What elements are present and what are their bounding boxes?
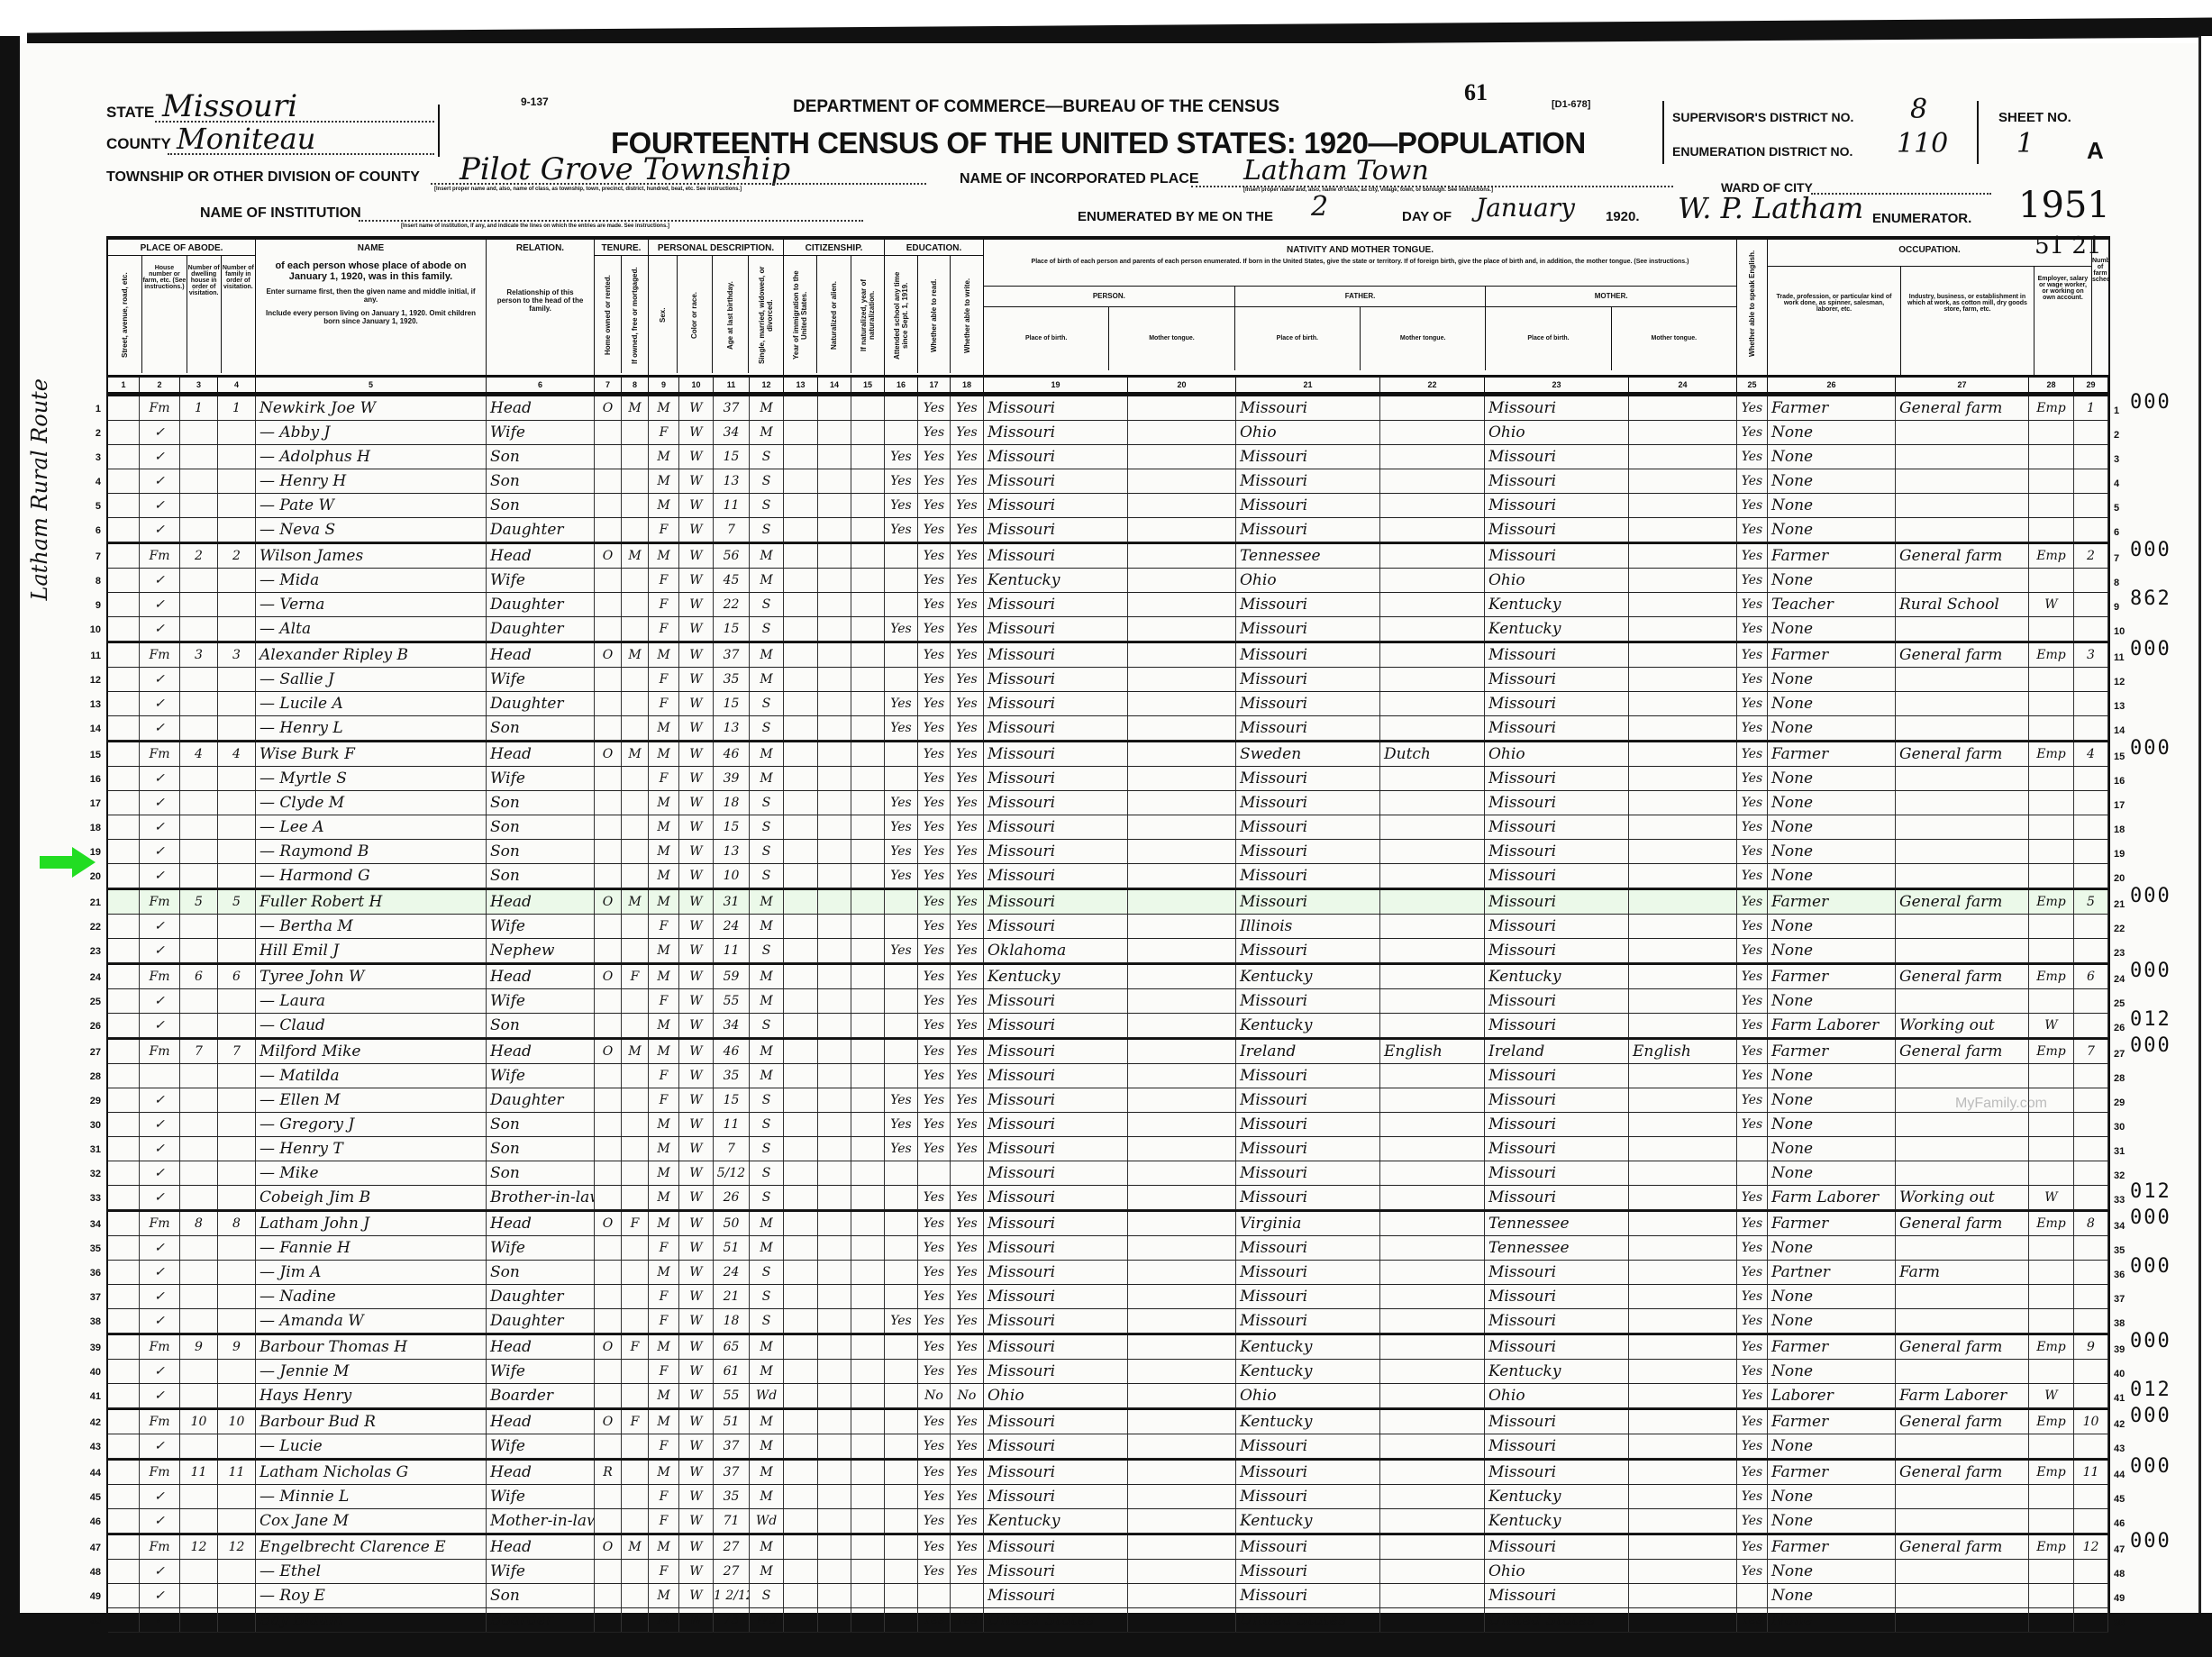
line-number-left: 43 — [83, 1442, 101, 1452]
cell-english: Yes — [1737, 1560, 1768, 1583]
table-row: Fm11Newkirk Joe WHeadOMMW37MYesYesMissou… — [108, 395, 2108, 421]
cell-mother-tongue — [1629, 767, 1737, 790]
cell-mother-birth: Missouri — [1485, 989, 1629, 1013]
cell-english: Yes — [1737, 742, 1768, 766]
cell-age: 15 — [714, 815, 750, 839]
line-number-right: 20 — [2114, 873, 2125, 884]
cell-natyr — [851, 1137, 885, 1161]
cell-farm-no: 1 — [2074, 396, 2108, 420]
cell-write: Yes — [951, 1509, 984, 1533]
district-bracket-left — [1662, 101, 1668, 164]
cell-farm-no — [2074, 1088, 2108, 1112]
cell-name: — Adolphus H — [256, 445, 487, 469]
cell-write: Yes — [951, 643, 984, 667]
cell-sex: F — [649, 915, 679, 938]
cell-natyr — [851, 1161, 885, 1185]
cell-mother-tongue — [1629, 1461, 1737, 1484]
cell-age: 22 — [714, 593, 750, 616]
line-number-right: 13 — [2114, 701, 2125, 712]
cell-mother-birth: Missouri — [1485, 1309, 1629, 1333]
cell-street — [108, 742, 140, 766]
cell-write: Yes — [951, 1261, 984, 1284]
cell-nat — [818, 445, 851, 469]
cell-birth: Missouri — [984, 1040, 1128, 1063]
cell-english: Yes — [1737, 890, 1768, 914]
coding-annotation: 000 — [2130, 1206, 2171, 1229]
cell-father-birth: Missouri — [1236, 445, 1380, 469]
cell-name: Cox Jane M — [256, 1509, 487, 1533]
cell-mother-tongue — [1629, 1384, 1737, 1407]
cell-mother-birth: Ohio — [1485, 1384, 1629, 1407]
cell-owned — [595, 939, 622, 962]
cell-street — [108, 1088, 140, 1112]
cell-color: W — [679, 445, 714, 469]
cell-mother-tongue — [1629, 742, 1737, 766]
cell-write: Yes — [951, 864, 984, 888]
cell-write: Yes — [951, 518, 984, 542]
table-row: ✓— ClaudSonMW34SYesYesMissouriKentuckyMi… — [108, 1014, 2108, 1038]
cell-trade: None — [1768, 1137, 1896, 1161]
cell-employer — [2029, 494, 2074, 517]
cell-trade: None — [1768, 1509, 1896, 1533]
cell-relation: Head — [487, 742, 595, 766]
cell-relation: Head — [487, 890, 595, 914]
cell-industry: Working out — [1896, 1014, 2029, 1037]
cell-father-tongue — [1380, 767, 1485, 790]
cell-dwelling: 3 — [180, 643, 218, 667]
cell-family — [218, 864, 256, 888]
cell-father-tongue — [1380, 544, 1485, 568]
cell-father-birth: Missouri — [1236, 1186, 1380, 1209]
cell-mortgage — [622, 1608, 649, 1632]
cell-school: Yes — [885, 791, 918, 815]
cell-mortgage — [622, 815, 649, 839]
cell-write: Yes — [951, 445, 984, 469]
cell-imm — [784, 1360, 818, 1383]
cell-employer — [2029, 1261, 2074, 1284]
column-number: 25 — [1737, 378, 1768, 392]
cell-father-tongue — [1380, 1088, 1485, 1112]
cell-school: Yes — [885, 469, 918, 493]
cell-family — [218, 1485, 256, 1508]
cell-read — [918, 1161, 951, 1185]
cell-owned — [595, 692, 622, 715]
cell-read: Yes — [918, 1212, 951, 1235]
cell-marital: S — [750, 1161, 784, 1185]
cell-color: W — [679, 1212, 714, 1235]
cell-relation: Wife — [487, 668, 595, 691]
cell-age: 31 — [714, 890, 750, 914]
state-county-bracket — [434, 105, 440, 157]
table-row: ✓— MikeSonMW5/12SMissouriMissouriMissour… — [108, 1161, 2108, 1186]
cell-age: 46 — [714, 742, 750, 766]
line-number-left: 44 — [83, 1468, 101, 1479]
cell-father-birth: Ohio — [1236, 569, 1380, 592]
cell-age: 1 2/12 — [714, 1584, 750, 1607]
cell-industry — [1896, 692, 2029, 715]
cell-father-tongue — [1380, 668, 1485, 691]
cell-english: Yes — [1737, 915, 1768, 938]
cell-owned: O — [595, 396, 622, 420]
cell-natyr — [851, 840, 885, 863]
cell-farm-no — [2074, 1014, 2108, 1037]
institution-label: NAME OF INSTITUTION — [200, 205, 361, 222]
cell-family: 1 — [218, 396, 256, 420]
table-row: ✓— Amanda WDaughterFW18SYesYesYesMissour… — [108, 1309, 2108, 1334]
cell-english: Yes — [1737, 1113, 1768, 1136]
column-number: 19 — [984, 378, 1128, 392]
scan-frame-right — [2198, 36, 2212, 1622]
cell-read: Yes — [918, 1608, 951, 1632]
cell-age: 24 — [714, 915, 750, 938]
cell-family — [218, 1360, 256, 1383]
cell-dwelling — [180, 989, 218, 1013]
cell-family — [218, 815, 256, 839]
cell-birth: Missouri — [984, 890, 1128, 914]
cell-imm — [784, 742, 818, 766]
cell-mortgage — [622, 469, 649, 493]
cell-relation: Son — [487, 1261, 595, 1284]
cell-tongue — [1128, 939, 1236, 962]
cell-birth: Missouri — [984, 1113, 1128, 1136]
cell-birth: Kentucky — [984, 569, 1128, 592]
line-number-left: 29 — [83, 1096, 101, 1106]
table-header: PLACE OF ABODE. Street, avenue, road, et… — [108, 240, 2108, 378]
cell-natyr — [851, 544, 885, 568]
cell-father-tongue — [1380, 840, 1485, 863]
year: 1920. — [1606, 209, 1640, 224]
cell-mother-tongue — [1629, 815, 1737, 839]
cell-sex: M — [649, 864, 679, 888]
cell-farm-no — [2074, 518, 2108, 542]
cell-relation: Son — [487, 716, 595, 740]
cell-father-birth: Missouri — [1236, 1088, 1380, 1112]
cell-sex: M — [649, 1608, 679, 1632]
cell-house: ✓ — [140, 1608, 180, 1632]
cell-school: Yes — [885, 716, 918, 740]
cell-mortgage: M — [622, 742, 649, 766]
cell-natyr — [851, 1285, 885, 1308]
cell-birth: Missouri — [984, 1014, 1128, 1037]
cell-school — [885, 396, 918, 420]
cell-school — [885, 1384, 918, 1407]
column-number: 3 — [180, 378, 218, 392]
cell-relation: Wife — [487, 569, 595, 592]
cell-father-birth: Missouri — [1236, 1261, 1380, 1284]
cell-street — [108, 617, 140, 641]
line-number-right: 16 — [2114, 776, 2125, 787]
cell-house: ✓ — [140, 1434, 180, 1458]
cell-father-birth: Missouri — [1236, 989, 1380, 1013]
line-number-right: 4 — [2114, 478, 2119, 489]
cell-dwelling — [180, 1509, 218, 1533]
cell-dwelling: 10 — [180, 1410, 218, 1434]
cell-industry — [1896, 1088, 2029, 1112]
cell-color: W — [679, 469, 714, 493]
cell-write: Yes — [951, 791, 984, 815]
cell-father-birth: Tennessee — [1236, 544, 1380, 568]
cell-school — [885, 742, 918, 766]
cell-house: ✓ — [140, 445, 180, 469]
cell-color: W — [679, 518, 714, 542]
cell-father-tongue — [1380, 1584, 1485, 1607]
cell-mother-birth: Ohio — [1485, 569, 1629, 592]
cell-employer — [2029, 939, 2074, 962]
cell-owned — [595, 494, 622, 517]
cell-color: W — [679, 1560, 714, 1583]
cell-tongue — [1128, 1137, 1236, 1161]
cell-color: W — [679, 1584, 714, 1607]
cell-english: Yes — [1737, 445, 1768, 469]
line-number-left: 19 — [83, 847, 101, 858]
cell-father-tongue — [1380, 864, 1485, 888]
cell-marital: M — [750, 767, 784, 790]
cell-color: W — [679, 1040, 714, 1063]
line-number-left: 35 — [83, 1243, 101, 1254]
cell-owned — [595, 915, 622, 938]
cell-father-birth: Missouri — [1236, 668, 1380, 691]
cell-relation: Wife — [487, 989, 595, 1013]
cell-house: ✓ — [140, 1014, 180, 1037]
enumerated-month: January — [1476, 193, 1575, 223]
cell-relation: Wife — [487, 1560, 595, 1583]
cell-read: Yes — [918, 1410, 951, 1434]
cell-name: — Raymond B — [256, 840, 487, 863]
cell-marital: M — [750, 742, 784, 766]
cell-dwelling — [180, 1434, 218, 1458]
cell-english: Yes — [1737, 864, 1768, 888]
cell-school — [885, 1212, 918, 1235]
cell-marital: S — [750, 593, 784, 616]
cell-owned: O — [595, 1040, 622, 1063]
cell-nat — [818, 1535, 851, 1559]
cell-write: Yes — [951, 617, 984, 641]
cell-employer — [2029, 421, 2074, 444]
line-number-left: 38 — [83, 1316, 101, 1327]
cell-relation: Daughter — [487, 518, 595, 542]
line-number-left: 23 — [83, 946, 101, 957]
cell-natyr — [851, 494, 885, 517]
cell-tongue — [1128, 815, 1236, 839]
cell-color: W — [679, 791, 714, 815]
cell-house: ✓ — [140, 767, 180, 790]
cell-nat — [818, 742, 851, 766]
table-row: ✓— Minnie LWifeFW35MYesYesMissouriMissou… — [108, 1485, 2108, 1509]
cell-english: Yes — [1737, 421, 1768, 444]
cell-family — [218, 1014, 256, 1037]
cell-mother-tongue — [1629, 469, 1737, 493]
column-number: 7 — [595, 378, 622, 392]
cell-marital: S — [750, 1137, 784, 1161]
cell-street — [108, 569, 140, 592]
cell-father-birth: Ohio — [1236, 421, 1380, 444]
cell-dwelling — [180, 864, 218, 888]
cell-english: Yes — [1737, 815, 1768, 839]
cell-color: W — [679, 1461, 714, 1484]
cell-house: Fm — [140, 1410, 180, 1434]
cell-dwelling: 2 — [180, 544, 218, 568]
cell-english: Yes — [1737, 1064, 1768, 1088]
cell-employer — [2029, 1434, 2074, 1458]
cell-age: 51 — [714, 1236, 750, 1260]
cell-industry — [1896, 939, 2029, 962]
cell-relation: Head — [487, 1335, 595, 1359]
cell-color: W — [679, 1088, 714, 1112]
cell-tongue — [1128, 1212, 1236, 1235]
column-number: 13 — [784, 378, 818, 392]
cell-house: ✓ — [140, 1360, 180, 1383]
cell-mother-birth: Tennessee — [1485, 1212, 1629, 1235]
cell-house: ✓ — [140, 1161, 180, 1185]
cell-trade: None — [1768, 915, 1896, 938]
cell-imm — [784, 840, 818, 863]
cell-father-tongue — [1380, 469, 1485, 493]
cell-write: Yes — [951, 1360, 984, 1383]
cell-family — [218, 1608, 256, 1632]
col-speak-english: Whether able to speak English. — [1737, 240, 1768, 375]
form-code: [D1-678] — [1552, 99, 1590, 110]
cell-mother-tongue — [1629, 421, 1737, 444]
cell-color: W — [679, 1261, 714, 1284]
cell-birth: Missouri — [984, 1560, 1128, 1583]
cell-relation: Head — [487, 1212, 595, 1235]
cell-trade: Farmer — [1768, 965, 1896, 988]
cell-industry: Farm Laborer — [1896, 1384, 2029, 1407]
cell-marital: S — [750, 840, 784, 863]
cell-name: — Abby J — [256, 421, 487, 444]
cell-natyr — [851, 1608, 885, 1632]
cell-mother-tongue — [1629, 1509, 1737, 1533]
cell-mother-birth: Missouri — [1485, 767, 1629, 790]
cell-owned — [595, 1014, 622, 1037]
cell-trade: Farmer — [1768, 1410, 1896, 1434]
cell-natyr — [851, 1560, 885, 1583]
cell-street — [108, 840, 140, 863]
cell-school — [885, 1186, 918, 1209]
cell-tongue — [1128, 518, 1236, 542]
cell-father-tongue — [1380, 617, 1485, 641]
cell-natyr — [851, 469, 885, 493]
cell-english: Yes — [1737, 668, 1768, 691]
cell-mortgage — [622, 1014, 649, 1037]
cell-nat — [818, 1485, 851, 1508]
cell-relation: Son — [487, 791, 595, 815]
cell-relation: Son — [487, 1137, 595, 1161]
cell-write: Yes — [951, 1410, 984, 1434]
cell-birth: Oklahoma — [984, 939, 1128, 962]
cell-name: — Henry T — [256, 1137, 487, 1161]
cell-farm-no — [2074, 692, 2108, 715]
cell-mother-birth: Ohio — [1485, 742, 1629, 766]
cell-employer: Emp — [2029, 1212, 2074, 1235]
cell-imm — [784, 494, 818, 517]
cell-father-birth: Missouri — [1236, 1137, 1380, 1161]
cell-name: Milford Mike — [256, 1040, 487, 1063]
cell-farm-no — [2074, 915, 2108, 938]
district-bracket-right — [1973, 101, 1979, 164]
cell-school — [885, 1261, 918, 1284]
cell-father-birth: Missouri — [1236, 767, 1380, 790]
cell-imm — [784, 1434, 818, 1458]
cell-mother-birth: Ohio — [1485, 1560, 1629, 1583]
cell-birth: Missouri — [984, 864, 1128, 888]
cell-age: 13 — [714, 469, 750, 493]
cell-color: W — [679, 1485, 714, 1508]
cell-tongue — [1128, 668, 1236, 691]
cell-tongue — [1128, 1434, 1236, 1458]
line-number-left: 3 — [83, 452, 101, 463]
cell-tongue — [1128, 1064, 1236, 1088]
cell-house: ✓ — [140, 1261, 180, 1284]
table-row: Fm1111Latham Nicholas GHeadRMW37MYesYesM… — [108, 1459, 2108, 1485]
cell-nat — [818, 1360, 851, 1383]
cell-nat — [818, 668, 851, 691]
cell-mortgage — [622, 1113, 649, 1136]
cell-trade: None — [1768, 1113, 1896, 1136]
coding-annotation: 012 — [2130, 1180, 2171, 1203]
cell-sex: M — [649, 1261, 679, 1284]
cell-nat — [818, 617, 851, 641]
cell-mother-tongue — [1629, 915, 1737, 938]
cell-mortgage — [622, 915, 649, 938]
cell-tongue — [1128, 643, 1236, 667]
cell-mortgage: F — [622, 1212, 649, 1235]
cell-marital: S — [750, 494, 784, 517]
cell-write: Yes — [951, 1014, 984, 1037]
table-row: ✓— Raymond BSonMW13SYesYesYesMissouriMis… — [108, 840, 2108, 864]
cell-sex: M — [649, 396, 679, 420]
cell-relation: Head — [487, 643, 595, 667]
cell-read: Yes — [918, 593, 951, 616]
cell-father-birth: Missouri — [1236, 864, 1380, 888]
cell-sex: F — [649, 569, 679, 592]
cell-street — [108, 494, 140, 517]
cell-family: 7 — [218, 1040, 256, 1063]
cell-mother-birth: Missouri — [1485, 1161, 1629, 1185]
cell-tongue — [1128, 421, 1236, 444]
cell-sex: F — [649, 1360, 679, 1383]
coding-annotation: 000 — [2130, 737, 2171, 760]
cell-dwelling — [180, 421, 218, 444]
cell-name: — Fannie H — [256, 1236, 487, 1260]
cell-age: 18 — [714, 791, 750, 815]
line-number-left: 41 — [83, 1391, 101, 1402]
cell-color: W — [679, 815, 714, 839]
cell-age: 11 — [714, 494, 750, 517]
cell-trade: None — [1768, 767, 1896, 790]
cell-marital: M — [750, 569, 784, 592]
line-number-left: 11 — [83, 651, 101, 661]
line-number-left: 40 — [83, 1367, 101, 1378]
cell-marital: S — [750, 1088, 784, 1112]
cell-read: Yes — [918, 1535, 951, 1559]
cell-mother-tongue — [1629, 965, 1737, 988]
cell-nat — [818, 421, 851, 444]
cell-relation: Son — [487, 840, 595, 863]
cell-age: 61 — [714, 1360, 750, 1383]
cell-father-tongue — [1380, 1236, 1485, 1260]
cell-birth: Missouri — [984, 915, 1128, 938]
cell-father-tongue — [1380, 965, 1485, 988]
table-row: ✓— EthelWifeFW27MYesYesMissouriMissouriO… — [108, 1560, 2108, 1584]
cell-sex: M — [649, 494, 679, 517]
cell-trade: None — [1768, 840, 1896, 863]
cell-birth: Missouri — [984, 1161, 1128, 1185]
cell-read: Yes — [918, 989, 951, 1013]
cell-write: Yes — [951, 593, 984, 616]
cell-color: W — [679, 569, 714, 592]
cell-farm-no — [2074, 1384, 2108, 1407]
